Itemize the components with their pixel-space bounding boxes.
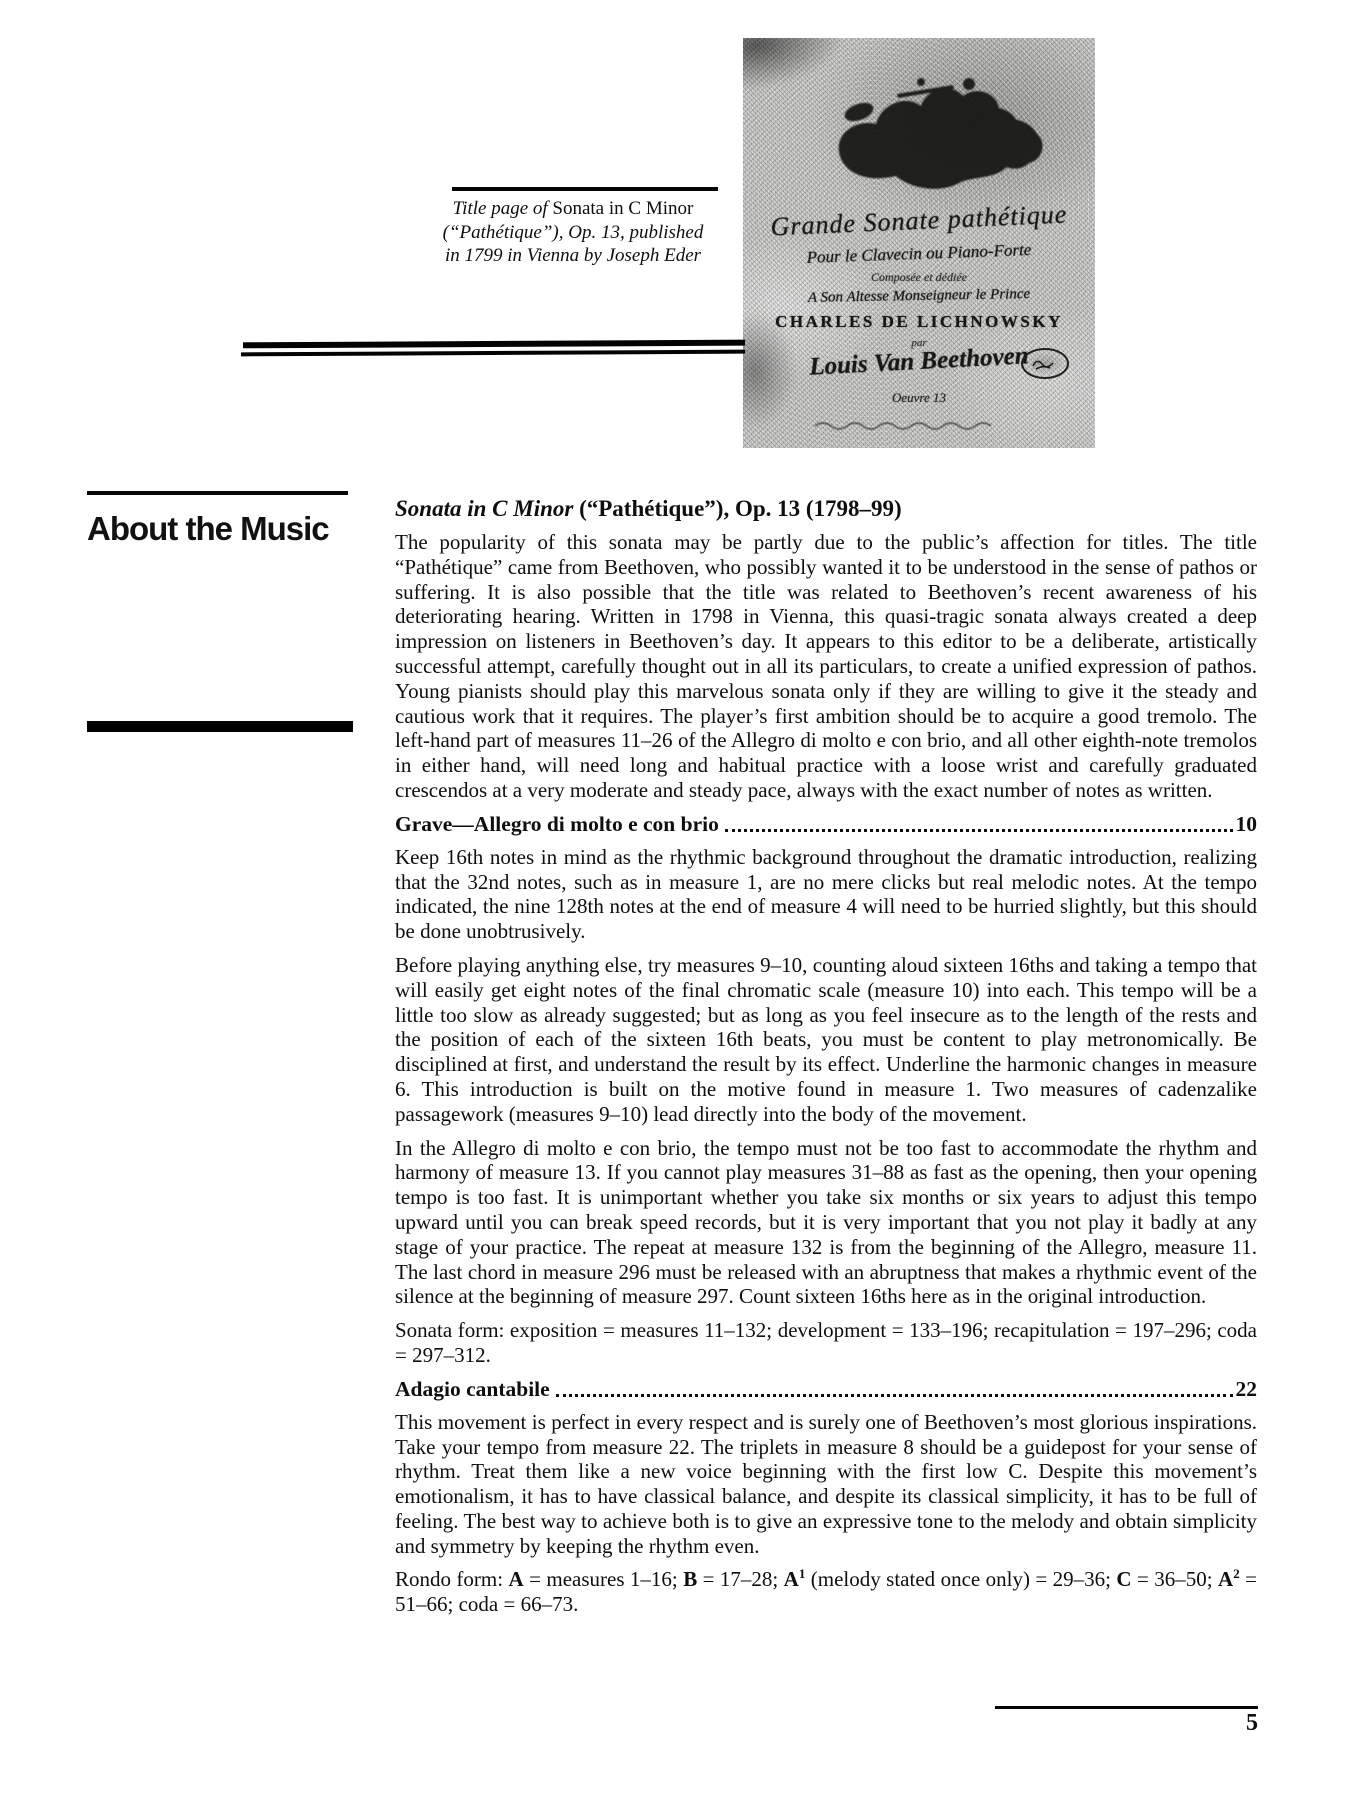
page-number: 5 [1180, 1710, 1258, 1737]
section-heading-grave: Grave—Allegro di molto e con brio 10 [395, 812, 1257, 837]
facsimile-dedication-line: A Son Altesse Monseigneur le Prince [743, 285, 1095, 308]
caption-line-1: Title page of Sonata in C Minor [424, 197, 722, 221]
facsimile-subtitle-script: Pour le Clavecin ou Piano-Forte [743, 238, 1095, 270]
section-heading-adagio-label: Adagio cantabile [395, 1377, 550, 1402]
intro-paragraph: The popularity of this sonata may be par… [395, 530, 1257, 803]
grave-paragraph-3: In the Allegro di molto e con brio, the … [395, 1136, 1257, 1310]
dot-leader [556, 1394, 1233, 1397]
caption-line-2: (“Pathétique”), Op. 13, published [424, 221, 722, 245]
sidebar-bottom-bar [87, 721, 353, 732]
image-caption: Title page of Sonata in C Minor (“Pathét… [424, 197, 722, 268]
facsimile-dedication-small: Composée et dédiée [743, 270, 1095, 285]
book-page: Grande Sonate pathétique Pour le Claveci… [0, 0, 1350, 1800]
dot-leader [725, 829, 1233, 832]
double-rule-top-bar [243, 340, 745, 349]
facsimile-imprint-script-squiggle [813, 418, 1003, 432]
article-column: Sonata in C Minor (“Pathétique”), Op. 13… [395, 496, 1257, 1626]
facsimile-opus-script: Oeuvre 13 [743, 390, 1095, 406]
sonata-form-line: Sonata form: exposition = measures 11–13… [395, 1318, 1257, 1368]
rondo-form-line: Rondo form: A = measures 1–16; B = 17–28… [395, 1567, 1257, 1617]
article-title-work: Sonata in C Minor [395, 496, 573, 521]
section-page-ref-adagio: 22 [1236, 1377, 1258, 1402]
section-page-ref-grave: 10 [1236, 812, 1258, 837]
footer-rule [995, 1706, 1258, 1709]
double-rule-bottom-bar [241, 350, 745, 357]
title-page-facsimile: Grande Sonate pathétique Pour le Claveci… [743, 38, 1095, 448]
article-title: Sonata in C Minor (“Pathétique”), Op. 13… [395, 496, 1257, 522]
caption-rule [452, 187, 718, 191]
sidebar-top-rule [87, 491, 348, 495]
caption-line-3: in 1799 in Vienna by Joseph Eder [424, 244, 722, 268]
about-the-music-heading: About the Music [87, 510, 387, 548]
publisher-stamp-icon [1021, 348, 1069, 379]
double-rule [241, 340, 745, 359]
article-title-rest: (“Pathétique”), Op. 13 (1798–99) [573, 496, 901, 521]
grave-paragraph-2: Before playing anything else, try measur… [395, 953, 1257, 1127]
grave-paragraph-1: Keep 16th notes in mind as the rhythmic … [395, 845, 1257, 944]
section-heading-grave-label: Grave—Allegro di molto e con brio [395, 812, 719, 837]
facsimile-dedicatee-caps: CHARLES DE LICHNOWSKY [743, 312, 1095, 332]
section-heading-adagio: Adagio cantabile 22 [395, 1377, 1257, 1402]
cherub-engraving-illustration [801, 64, 1057, 216]
facsimile-title-script: Grande Sonate pathétique [743, 198, 1095, 243]
adagio-paragraph-1: This movement is perfect in every respec… [395, 1410, 1257, 1559]
